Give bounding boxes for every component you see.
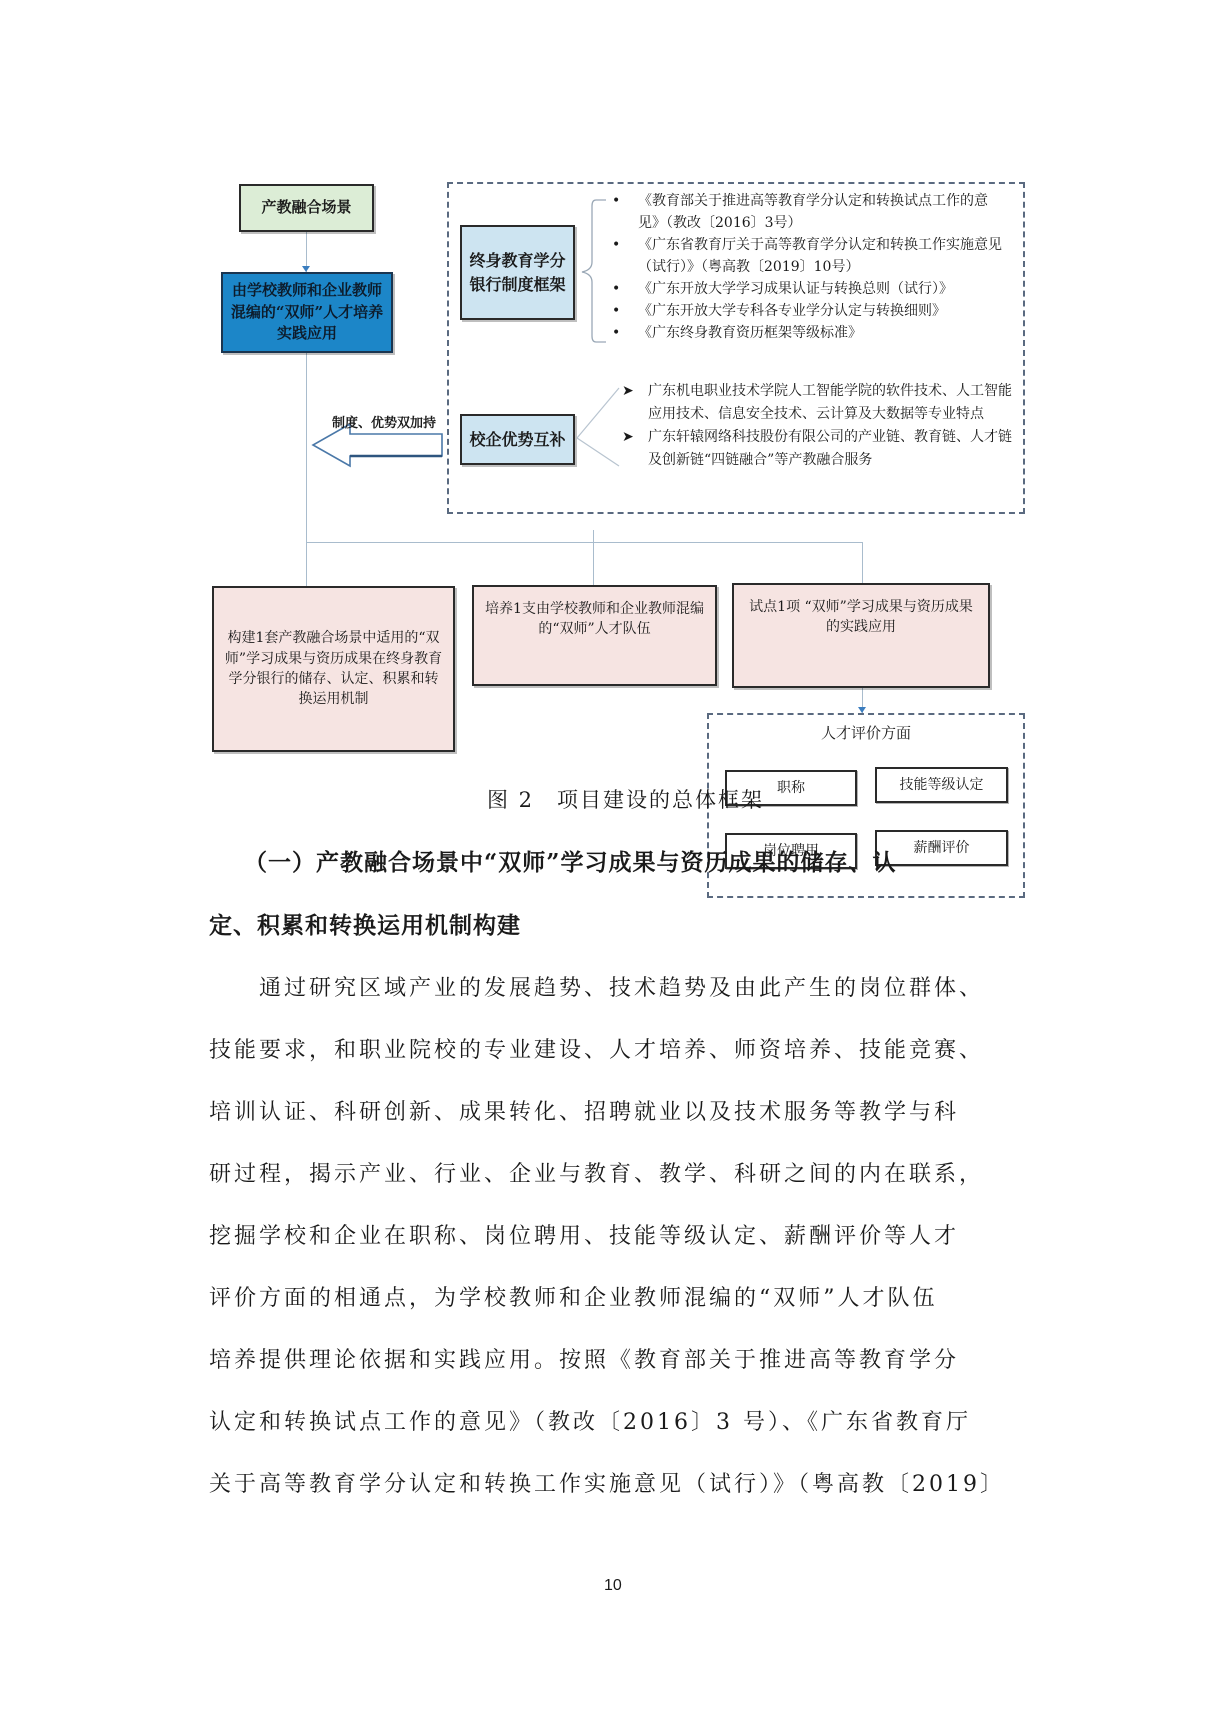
evaluation-item-label: 薪酬评价	[914, 838, 970, 858]
arrow-bullet-icon: ➤	[622, 380, 634, 403]
complement-box-label: 校企优势互补	[469, 428, 565, 451]
scene-box-label: 产教融合场景	[261, 197, 351, 219]
framework-item-text: 《广东终身教育资历框架等级标准》	[638, 325, 862, 341]
evaluation-item-label: 职称	[777, 778, 805, 798]
framework-box-label: 终身教育学分银行制度框架	[466, 249, 569, 295]
body-line: 技能要求，和职业院校的专业建设、人才培养、师资培养、技能竞赛、	[209, 1020, 1039, 1082]
evaluation-title: 人才评价方面	[707, 722, 1025, 743]
evaluation-item-label: 技能等级认定	[900, 775, 984, 795]
connector-horizontal	[306, 542, 863, 543]
section-heading-line-1: （一）产教融合场景中“双师”学习成果与资历成果的储存、认	[244, 844, 896, 877]
bullet-icon: •	[612, 190, 620, 212]
framework-item-text: 《广东省教育厅关于高等教育学分认定和转换工作实施意见（试行）》（粤高教〔2019…	[638, 237, 1002, 275]
bullet-icon: •	[612, 322, 620, 344]
evaluation-item-skill: 技能等级认定	[875, 767, 1008, 803]
outcome-box-mechanism: 构建1套产教融合场景中适用的“双师”学习成果与资历成果在终身教育学分银行的储存、…	[212, 586, 455, 752]
practice-box-label: 由学校教师和企业教师混编的“双师”人才培养实践应用	[229, 280, 385, 345]
outcome-box-team: 培养1支由学校教师和企业教师混编的“双师”人才队伍	[472, 585, 717, 686]
arrow-label: 制度、优势双加持	[332, 412, 436, 431]
complement-item: ➤广东轩辕网络科技股份有限公司的产业链、教育链、人才链及创新链“四链融合”等产教…	[618, 426, 1013, 472]
brace-icon	[578, 196, 608, 346]
framework-item: •《广东开放大学学习成果认证与转换总则（试行）》	[608, 278, 1008, 300]
framework-item: •《教育部关于推进高等教育学分认定和转换试点工作的意见》（教改〔2016〕3号）	[608, 190, 1008, 234]
arrow-bullet-icon: ➤	[622, 426, 634, 449]
outcome-text: 构建1套产教融合场景中适用的“双师”学习成果与资历成果在终身教育学分银行的储存、…	[222, 628, 445, 709]
bullet-icon: •	[612, 234, 620, 256]
page-number: 10	[604, 1577, 622, 1595]
bullet-icon: •	[612, 278, 620, 300]
body-paragraph: 通过研究区域产业的发展趋势、技术趋势及由此产生的岗位群体、 技能要求，和职业院校…	[209, 958, 1039, 1516]
figure-caption: 图 2 项目建设的总体框架	[487, 784, 764, 814]
framework-item-text: 《教育部关于推进高等教育学分认定和转换试点工作的意见》（教改〔2016〕3号）	[638, 193, 988, 231]
framework-item: •《广东开放大学专科各专业学分认定与转换细则》	[608, 300, 1008, 322]
body-line: 关于高等教育学分认定和转换工作实施意见（试行）》（粤高教〔2019〕	[209, 1454, 1039, 1516]
body-line: 通过研究区域产业的发展趋势、技术趋势及由此产生的岗位群体、	[209, 958, 1039, 1020]
outcome-text: 培养1支由学校教师和企业教师混编的“双师”人才队伍	[482, 599, 707, 640]
scene-box: 产教融合场景	[239, 184, 374, 232]
body-line: 挖掘学校和企业在职称、岗位聘用、技能等级认定、薪酬评价等人才	[209, 1206, 1039, 1268]
practice-box: 由学校教师和企业教师混编的“双师”人才培养实践应用	[221, 272, 393, 353]
framework-item-text: 《广东开放大学专科各专业学分认定与转换细则》	[638, 303, 946, 319]
connector-outcome-3	[862, 542, 863, 583]
framework-box: 终身教育学分银行制度框架	[460, 225, 575, 320]
complement-item-text: 广东轩辕网络科技股份有限公司的产业链、教育链、人才链及创新链“四链融合”等产教融…	[648, 429, 1012, 468]
bullet-icon: •	[612, 300, 620, 322]
body-line: 培训认证、科研创新、成果转化、招聘就业以及技术服务等教学与科	[209, 1082, 1039, 1144]
framework-list: •《教育部关于推进高等教育学分认定和转换试点工作的意见》（教改〔2016〕3号）…	[608, 190, 1008, 344]
connector-outcome-2	[593, 530, 594, 585]
complement-item: ➤广东机电职业技术学院人工智能学院的软件技术、人工智能应用技术、信息安全技术、云…	[618, 380, 1013, 426]
complement-list: ➤广东机电职业技术学院人工智能学院的软件技术、人工智能应用技术、信息安全技术、云…	[618, 380, 1013, 472]
connector-practice-down	[306, 353, 307, 543]
body-line: 评价方面的相通点，为学校教师和企业教师混编的“双师”人才队伍	[209, 1268, 1039, 1330]
outcome-text: 试点1项 “双师”学习成果与资历成果的实践应用	[748, 597, 974, 638]
body-line: 培养提供理论依据和实践应用。按照《教育部关于推进高等教育学分	[209, 1330, 1039, 1392]
body-line: 认定和转换试点工作的意见》（教改〔2016〕3 号）、《广东省教育厅	[209, 1392, 1039, 1454]
body-line: 研过程，揭示产业、行业、企业与教育、教学、科研之间的内在联系，	[209, 1144, 1039, 1206]
outcome-box-pilot: 试点1项 “双师”学习成果与资历成果的实践应用	[732, 583, 990, 688]
connector-outcome-1	[306, 542, 307, 586]
framework-item: •《广东终身教育资历框架等级标准》	[608, 322, 1008, 344]
complement-item-text: 广东机电职业技术学院人工智能学院的软件技术、人工智能应用技术、信息安全技术、云计…	[648, 383, 1012, 422]
framework-item-text: 《广东开放大学学习成果认证与转换总则（试行）》	[638, 281, 953, 297]
section-heading-line-2: 定、积累和转换运用机制构建	[209, 907, 521, 940]
complement-box: 校企优势互补	[460, 414, 575, 465]
framework-item: •《广东省教育厅关于高等教育学分认定和转换工作实施意见（试行）》（粤高教〔201…	[608, 234, 1008, 278]
